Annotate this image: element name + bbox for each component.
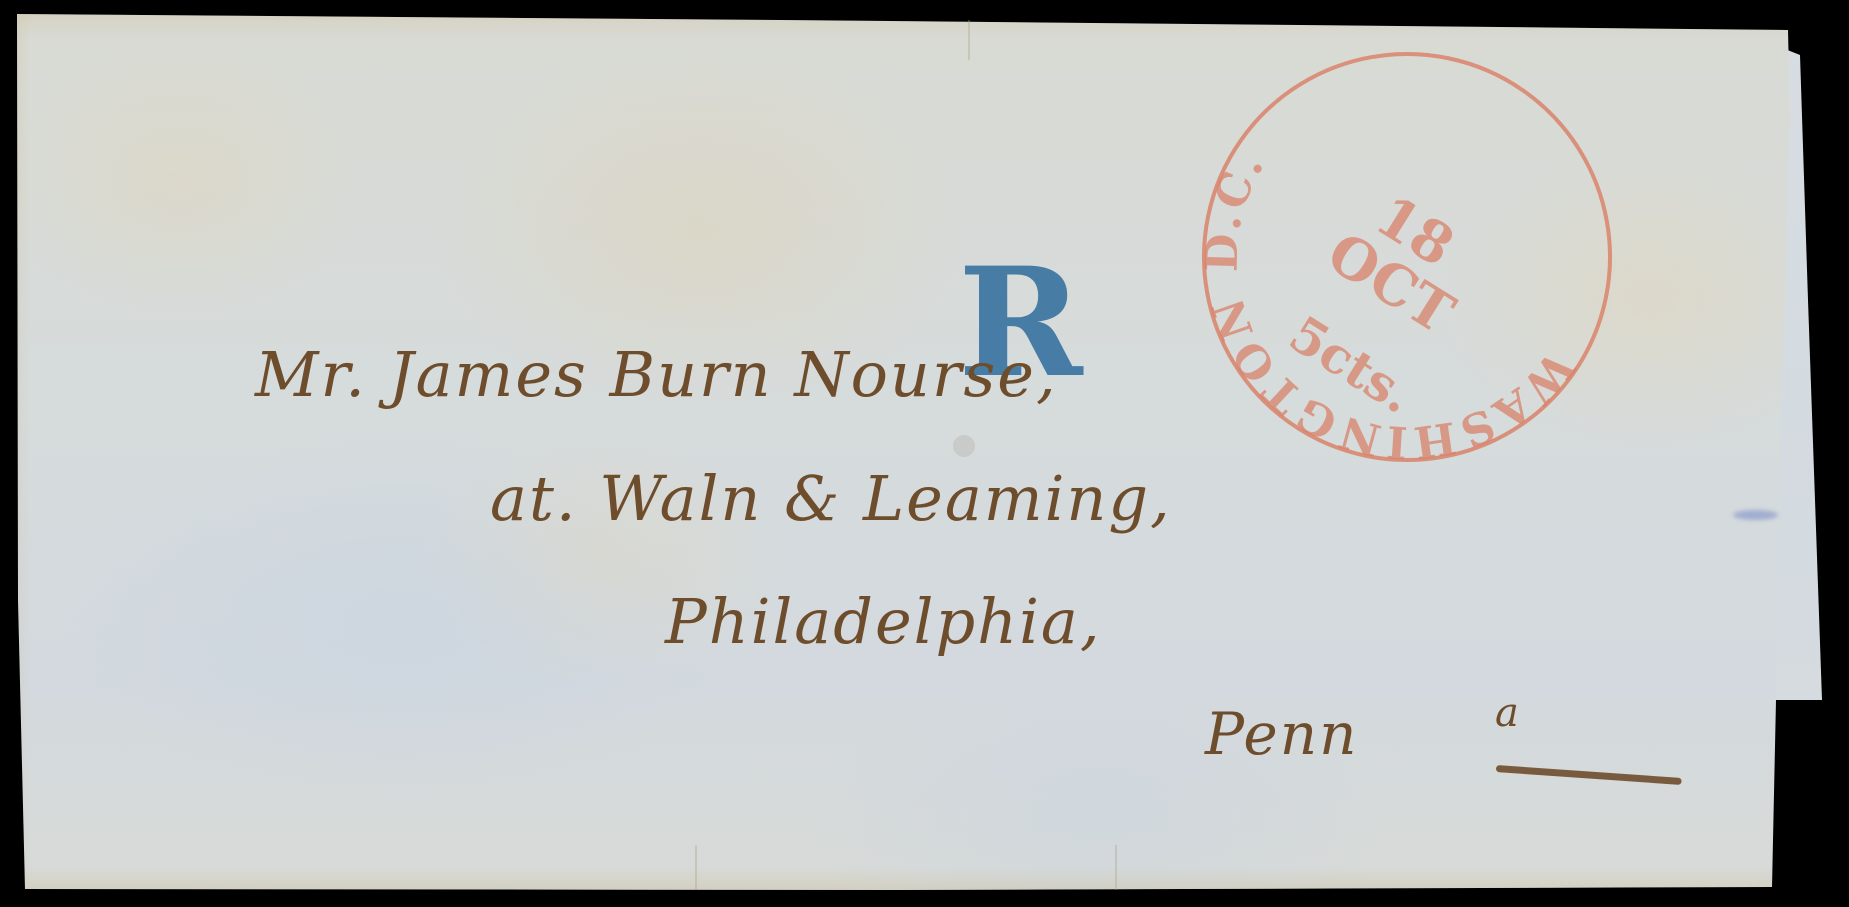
ink-smudge — [1733, 510, 1778, 520]
paper-crease — [968, 20, 970, 60]
address-line-2: at. Waln & Leaming, — [490, 462, 1172, 535]
postmark-cds: WASHINGTON D.C. 18 OCT 5cts. — [1195, 45, 1619, 469]
paper-stain — [953, 435, 975, 457]
address-line-1: Mr. James Burn Nourse, — [255, 338, 1058, 411]
address-line-4: Penn — [1205, 700, 1358, 768]
address-line-3: Philadelphia, — [665, 585, 1102, 658]
paper-crease — [1115, 845, 1117, 890]
paper-crease — [695, 845, 697, 890]
address-line-4-superscript: a — [1495, 690, 1521, 736]
